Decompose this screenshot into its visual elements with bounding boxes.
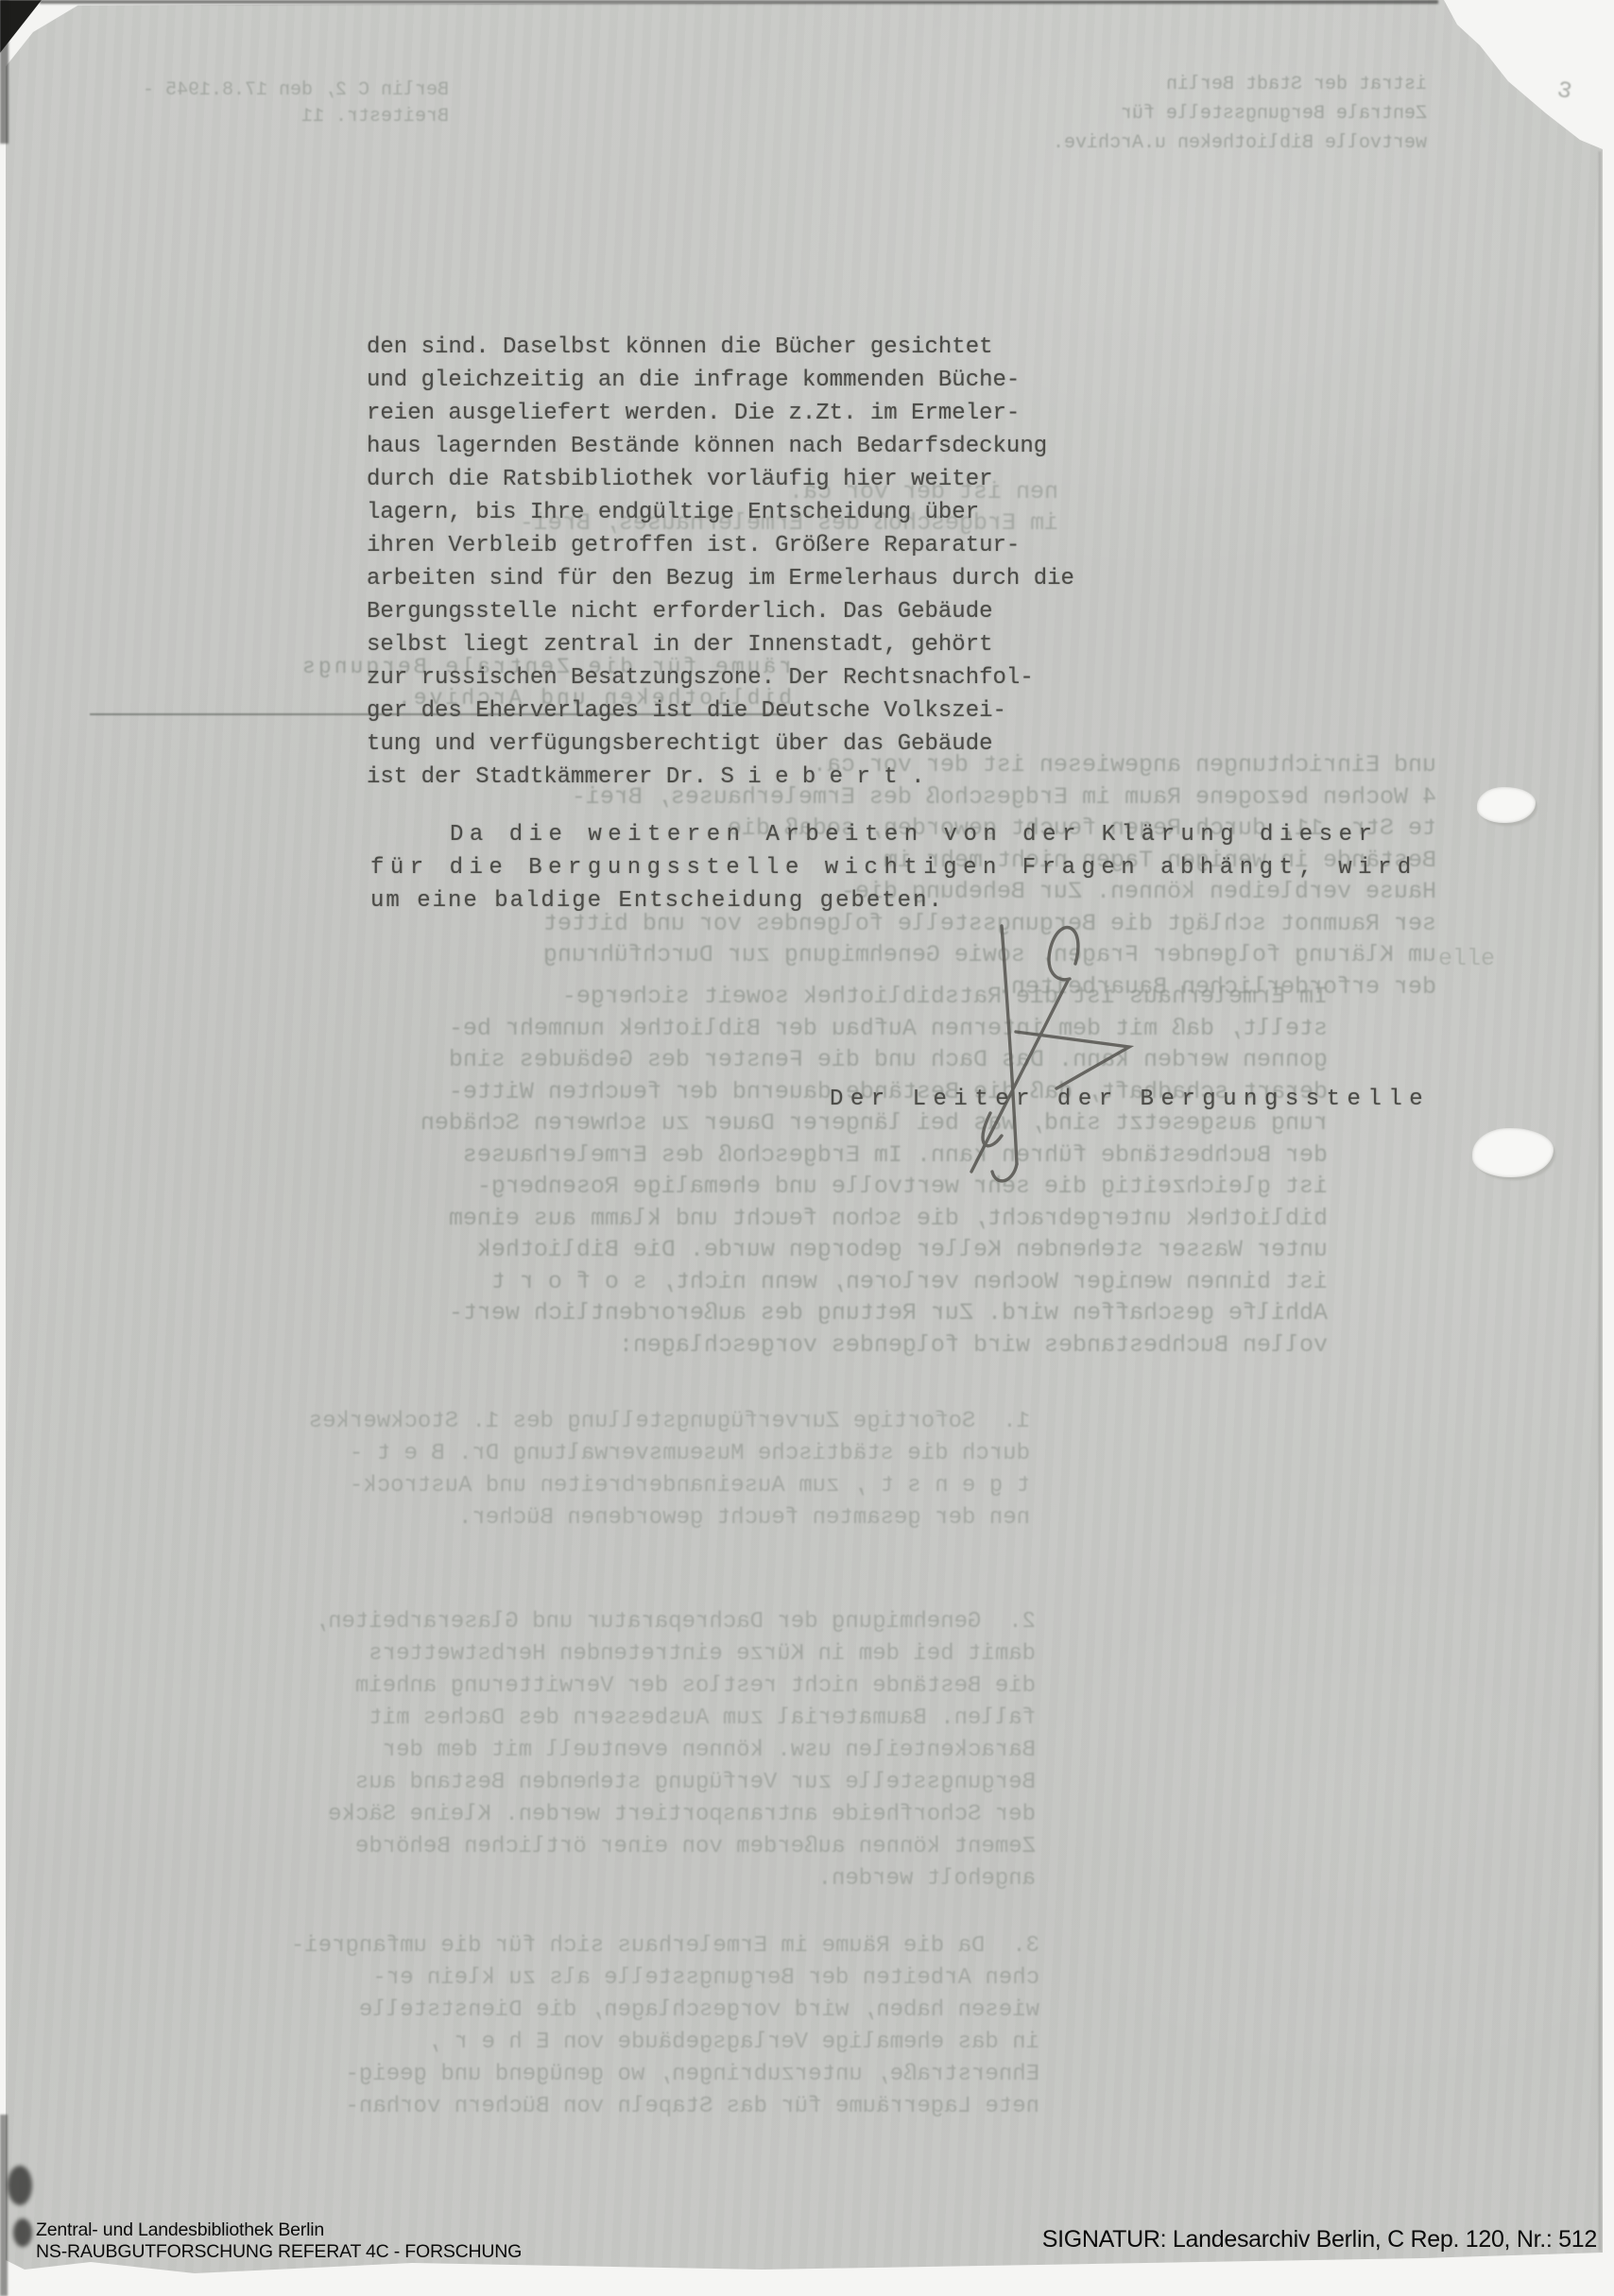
ghost-verso-list-item-1: 1. Sofortige Zurverfügungstellung des 1.… xyxy=(312,1406,1030,1534)
typed-paragraph-main: den sind. Daselbst können die Bücher ges… xyxy=(367,331,1066,794)
ink-smudge xyxy=(8,2166,32,2205)
ghost-verso-date: Berlin C 2, den 17.8.1945 -Breitestr. 11 xyxy=(123,77,449,130)
ghost-verso-letterhead: istrat der Stadt BerlinZentrale Bergungs… xyxy=(1036,70,1427,158)
scan-edge-top xyxy=(40,0,1438,4)
ghost-fragment-right: elle xyxy=(1438,945,1495,972)
page-number-mark: 3 xyxy=(1554,77,1574,106)
archive-footer-signature: SIGNATUR: Landesarchiv Berlin, C Rep. 12… xyxy=(0,2226,1597,2253)
handwritten-signature xyxy=(926,888,1191,1200)
document-scan: Berlin C 2, den 17.8.1945 -Breitestr. 11… xyxy=(0,0,1614,2296)
ghost-verso-list-item-3: 3. Da die Räume im Ermelerhaus sich für … xyxy=(312,1930,1039,2123)
scan-edge-left-top xyxy=(0,0,9,144)
scan-edge-left-bottom xyxy=(0,2115,8,2296)
ghost-verso-list-item-2: 2. Genehmigung der Dachreparatur und Gla… xyxy=(312,1606,1036,1895)
paper-edge-shadow xyxy=(1599,151,1601,2251)
